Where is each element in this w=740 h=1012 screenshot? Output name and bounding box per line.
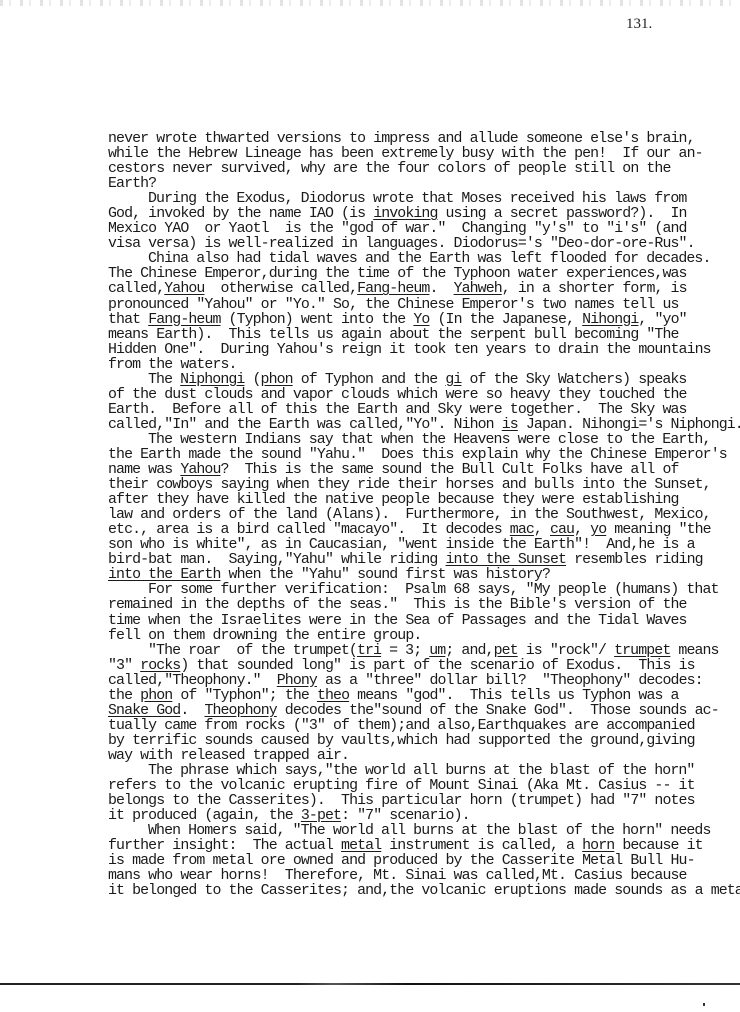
page-number: 131.	[626, 16, 652, 33]
text-line: fell on them drowning the entire group.	[108, 629, 740, 644]
text-run: the	[108, 688, 140, 704]
text-run: "3"	[108, 658, 140, 674]
text-run: means Earth). This tells us again about …	[108, 327, 679, 343]
text-line: pronounced "Yahou" or "Yo." So, the Chin…	[108, 298, 740, 313]
paragraph-start-line: The Niphongi (phon of Typhon and the gi …	[108, 373, 740, 388]
text-line: their cowboys saying when they ride thei…	[108, 478, 740, 493]
underlined-term: Yahweh	[454, 281, 502, 297]
text-line: etc., area is a bird called "macayo". It…	[108, 523, 740, 538]
text-run: is "rock"/	[518, 643, 614, 659]
text-line: way with released trapped air.	[108, 749, 740, 764]
text-line: after they have killed the native people…	[108, 493, 740, 508]
text-run: of "Typhon"; the	[172, 688, 317, 704]
underlined-term: Yo	[413, 312, 429, 328]
text-run: while the Hebrew Lineage has been extrem…	[108, 146, 703, 162]
text-run: (Typhon) went into the	[221, 312, 414, 328]
text-run: of the dust clouds and vapor clouds whic…	[108, 387, 687, 403]
text-run: "The roar of the trumpet(	[148, 643, 357, 659]
text-line: God, invoked by the name IAO (is invokin…	[108, 207, 740, 222]
text-run: law and orders of the land (Alans). Furt…	[108, 507, 711, 523]
text-line: is made from metal ore owned and produce…	[108, 854, 740, 869]
text-run: using a secret password?). In	[437, 206, 686, 222]
text-run: of Typhon and the	[293, 372, 446, 388]
underlined-term: invoking	[373, 206, 437, 222]
underlined-term: Nihongi	[582, 312, 638, 328]
underlined-term: Yahou	[180, 462, 220, 478]
text-run: God, invoked by the name IAO (is	[108, 206, 373, 222]
text-run: ,	[574, 522, 590, 538]
text-run: cestors never survived, why are the four…	[108, 161, 671, 177]
text-run: The	[148, 372, 180, 388]
text-run: ,	[534, 522, 550, 538]
underlined-term: metal	[341, 838, 381, 854]
text-run: pronounced "Yahou" or "Yo." So, the Chin…	[108, 297, 679, 313]
paragraph-start-line: During the Exodus, Diodorus wrote that M…	[108, 192, 740, 207]
text-run: During the Exodus, Diodorus wrote that M…	[148, 191, 686, 207]
text-run: by terrific sounds caused by vaults,whic…	[108, 733, 695, 749]
underlined-term: Fang-heum	[148, 312, 220, 328]
text-line: from the waters.	[108, 358, 740, 373]
scan-edge-artifact	[0, 0, 740, 6]
text-line: the Earth made the sound "Yahu." Does th…	[108, 448, 740, 463]
text-run: the Earth made the sound "Yahu." Does th…	[108, 447, 727, 463]
underlined-term: mac	[510, 522, 534, 538]
underlined-term: yo	[590, 522, 606, 538]
text-line: of the dust clouds and vapor clouds whic…	[108, 388, 740, 403]
text-run: it belonged to the Casserites; and,the v…	[108, 883, 740, 899]
text-run: The Chinese Emperor,during the time of t…	[108, 266, 687, 282]
underlined-term: is	[502, 417, 518, 433]
underlined-term: cau	[550, 522, 574, 538]
text-run: their cowboys saying when they ride thei…	[108, 477, 711, 493]
text-run: called,"In" and the Earth was called,"Yo…	[108, 417, 502, 433]
text-run: : "7" scenario).	[341, 808, 470, 824]
text-line: mans who wear horns! Therefore, Mt. Sina…	[108, 869, 740, 884]
text-run: (In the Japanese,	[429, 312, 582, 328]
underlined-term: tri	[357, 643, 381, 659]
paragraph-start-line: When Homers said, "The world all burns a…	[108, 824, 740, 839]
text-run: never wrote thwarted versions to impress…	[108, 131, 695, 147]
text-line: Hidden One". During Yahou's reign it too…	[108, 343, 740, 358]
text-line: cestors never survived, why are the four…	[108, 162, 740, 177]
text-line: "3" rocks) that sounded long" is part of…	[108, 659, 740, 674]
paragraph-start-line: The phrase which says,"the world all bur…	[108, 764, 740, 779]
text-run: otherwise called,	[204, 281, 357, 297]
text-run: Hidden One". During Yahou's reign it too…	[108, 342, 711, 358]
underlined-term: rocks	[140, 658, 180, 674]
text-run: refers to the volcanic erupting fire of …	[108, 778, 695, 794]
text-line: means Earth). This tells us again about …	[108, 328, 740, 343]
text-run: it produced (again, the	[108, 808, 301, 824]
text-line: Earth. Before all of this the Earth and …	[108, 403, 740, 418]
text-run: as a "three" dollar bill? "Theophony" de…	[317, 673, 703, 689]
text-run: etc., area is a bird called "macayo". It…	[108, 522, 510, 538]
text-line: time when the Israelites were in the Sea…	[108, 614, 740, 629]
underlined-term: phon	[261, 372, 293, 388]
text-run: meaning "the	[606, 522, 710, 538]
underlined-term: 3-pet	[301, 808, 341, 824]
text-run: from the waters.	[108, 357, 237, 373]
text-line: while the Hebrew Lineage has been extrem…	[108, 147, 740, 162]
underlined-term: Yahou	[164, 281, 204, 297]
text-line: further insight: The actual metal instru…	[108, 839, 740, 854]
text-line: belongs to the Casserites). This particu…	[108, 794, 740, 809]
text-line: visa versa) is well-realized in language…	[108, 237, 740, 252]
text-run: belongs to the Casserites). This particu…	[108, 793, 695, 809]
text-run: The phrase which says,"the world all bur…	[148, 763, 694, 779]
text-run: mans who wear horns! Therefore, Mt. Sina…	[108, 868, 687, 884]
underlined-term: Snake God	[108, 703, 180, 719]
underlined-term: um	[429, 643, 445, 659]
text-run: .	[180, 703, 204, 719]
text-run: decodes the"sound of the Snake God". Tho…	[277, 703, 719, 719]
text-line: law and orders of the land (Alans). Furt…	[108, 508, 740, 523]
text-run: further insight: The actual	[108, 838, 341, 854]
paragraph-start-line: For some further verification: Psalm 68 …	[108, 583, 740, 598]
text-run: resembles riding	[566, 552, 703, 568]
text-run: China also had tidal waves and the Earth…	[148, 251, 711, 267]
text-run: after they have killed the native people…	[108, 492, 679, 508]
text-run: of the Sky Watchers) speaks	[461, 372, 686, 388]
text-run: ; and,	[445, 643, 493, 659]
text-run: .	[429, 281, 453, 297]
text-run: The western Indians say that when the He…	[148, 432, 711, 448]
text-line: it produced (again, the 3-pet: "7" scena…	[108, 809, 740, 824]
text-run: remained in the depths of the seas." Thi…	[108, 597, 687, 613]
text-line: Mexico YAO or Yaotl is the "god of war."…	[108, 222, 740, 237]
scan-speck	[703, 1003, 705, 1006]
underlined-term: into the Earth	[108, 567, 221, 583]
text-run: Earth?	[108, 176, 156, 192]
text-run: , "yo"	[638, 312, 686, 328]
underlined-term: phon	[140, 688, 172, 704]
text-run: way with released trapped air.	[108, 748, 349, 764]
text-run: ) that sounded long" is part of the scen…	[180, 658, 694, 674]
underlined-term: Niphongi	[180, 372, 244, 388]
text-line: Earth?	[108, 177, 740, 192]
text-run: When Homers said, "The world all burns a…	[148, 823, 711, 839]
underlined-term: theo	[317, 688, 349, 704]
underlined-term: pet	[494, 643, 518, 659]
text-run: means "god". This tells us Typhon was a	[349, 688, 678, 704]
text-run: called,"Theophony."	[108, 673, 277, 689]
text-line: called,"In" and the Earth was called,"Yo…	[108, 418, 740, 433]
text-line: Snake God. Theophony decodes the"sound o…	[108, 704, 740, 719]
paragraph-start-line: The western Indians say that when the He…	[108, 433, 740, 448]
text-line: bird-bat man. Saying,"Yahu" while riding…	[108, 553, 740, 568]
text-line: refers to the volcanic erupting fire of …	[108, 779, 740, 794]
underlined-term: Phony	[277, 673, 317, 689]
text-line: remained in the depths of the seas." Thi…	[108, 598, 740, 613]
underlined-term: horn	[582, 838, 614, 854]
text-run: means	[670, 643, 718, 659]
underlined-term: Theophony	[204, 703, 276, 719]
text-line: the phon of "Typhon"; the theo means "go…	[108, 689, 740, 704]
text-run: bird-bat man. Saying,"Yahu" while riding	[108, 552, 446, 568]
text-run: that	[108, 312, 148, 328]
text-run: For some further verification: Psalm 68 …	[148, 582, 719, 598]
text-run: tually came from rocks ("3" of them);and…	[108, 718, 695, 734]
text-run: = 3;	[381, 643, 429, 659]
body-text: never wrote thwarted versions to impress…	[108, 132, 740, 899]
text-run: time when the Israelites were in the Sea…	[108, 613, 687, 629]
text-run: fell on them drowning the entire group.	[108, 628, 421, 644]
text-line: that Fang-heum (Typhon) went into the Yo…	[108, 313, 740, 328]
text-run: Mexico YAO or Yaotl is the "god of war."…	[108, 221, 687, 237]
text-line: The Chinese Emperor,during the time of t…	[108, 267, 740, 282]
text-line: by terrific sounds caused by vaults,whic…	[108, 734, 740, 749]
text-run: instrument is called, a	[381, 838, 582, 854]
paragraph-start-line: "The roar of the trumpet(tri = 3; um; an…	[108, 644, 740, 659]
bottom-rule	[0, 983, 740, 985]
text-line: called,Yahou otherwise called,Fang-heum.…	[108, 282, 740, 297]
text-line: it belonged to the Casserites; and,the v…	[108, 884, 740, 899]
text-line: son who is white", as in Caucasian, "wen…	[108, 538, 740, 553]
paragraph-start-line: China also had tidal waves and the Earth…	[108, 252, 740, 267]
text-run: Earth. Before all of this the Earth and …	[108, 402, 687, 418]
text-line: tually came from rocks ("3" of them);and…	[108, 719, 740, 734]
text-run: visa versa) is well-realized in language…	[108, 236, 695, 252]
underlined-term: trumpet	[614, 643, 670, 659]
text-run: is made from metal ore owned and produce…	[108, 853, 695, 869]
text-run: called,	[108, 281, 164, 297]
text-line: never wrote thwarted versions to impress…	[108, 132, 740, 147]
text-line: into the Earth when the "Yahu" sound fir…	[108, 568, 740, 583]
underlined-term: gi	[445, 372, 461, 388]
text-line: called,"Theophony." Phony as a "three" d…	[108, 674, 740, 689]
underlined-term: Fang-heum	[357, 281, 429, 297]
text-run: name was	[108, 462, 180, 478]
text-run: son who is white", as in Caucasian, "wen…	[108, 537, 695, 553]
text-run: Japan. Nihongi='s Niphongi.	[518, 417, 740, 433]
text-run: , in a shorter form, is	[502, 281, 687, 297]
text-run: (	[244, 372, 260, 388]
text-run: ? This is the same sound the Bull Cult F…	[221, 462, 679, 478]
text-run: because it	[614, 838, 702, 854]
underlined-term: into the Sunset	[446, 552, 567, 568]
text-run: when the "Yahu" sound first was history?	[221, 567, 550, 583]
text-line: name was Yahou? This is the same sound t…	[108, 463, 740, 478]
